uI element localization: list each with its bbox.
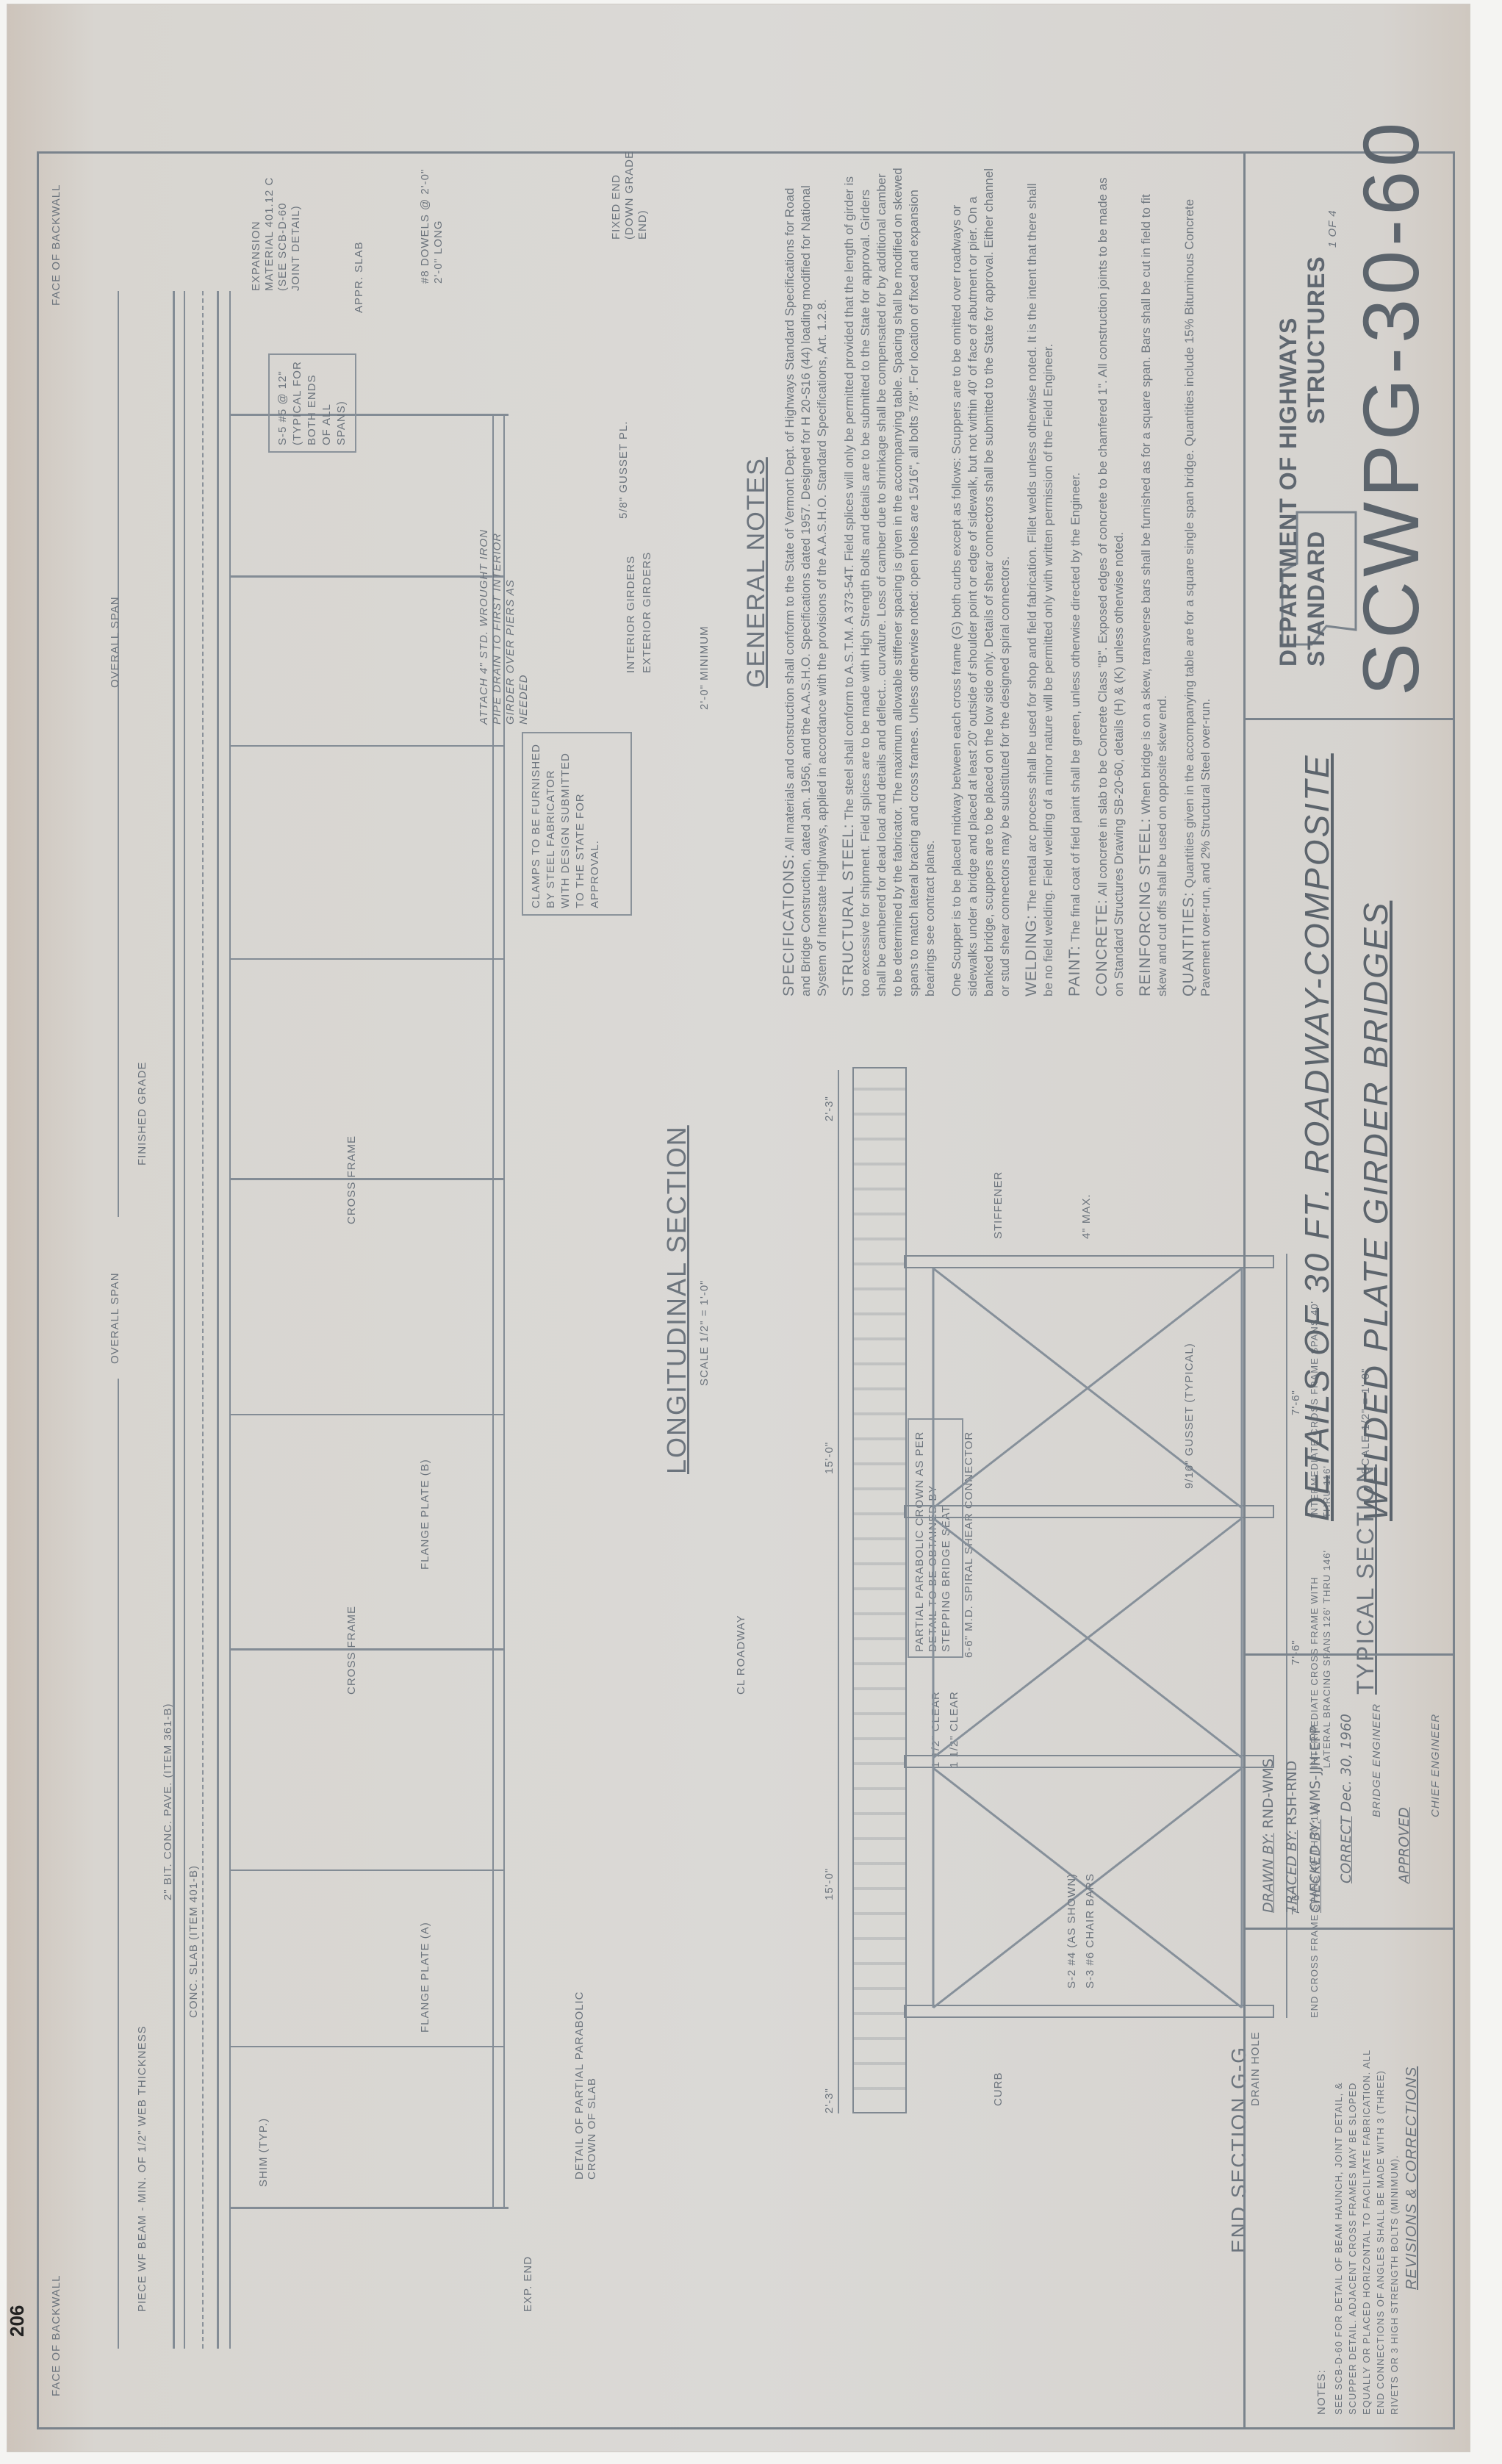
correct-line: CORRECT Dec. 30, 1960 <box>1338 1714 1354 1883</box>
signoff-cell: DRAWN BY: RND-WMS TRACED BY: RSH-RND CHE… <box>1246 1653 1455 1928</box>
note-concrete: CONCRETE: All concrete in slab to be Con… <box>1094 166 1127 996</box>
title-block: REVISIONS & CORRECTIONS DRAWN BY: RND-WM… <box>1243 151 1455 2429</box>
fixed-end-label: FIXED END (DOWN GRADE END) <box>610 129 650 240</box>
page-number-stamp: 206 <box>6 2305 29 2337</box>
appr-slab-label: APPR. SLAB <box>353 241 365 313</box>
exp-end-label: EXP. END <box>522 2256 534 2312</box>
dimension-line <box>118 291 119 1217</box>
cross-frame-label-2: CROSS FRAME <box>345 1135 358 1224</box>
drawn-by-label: DRAWN BY: <box>1260 1833 1276 1913</box>
cross-frame-label-1: CROSS FRAME <box>345 1606 358 1695</box>
half-width-left: 15'-0" <box>823 1868 836 1900</box>
drawing-number: SCWPG-30-60 <box>1345 118 1437 696</box>
stiffener <box>229 2046 503 2047</box>
checked-by-value: WMS-JJH-EFP <box>1307 1725 1323 1815</box>
gusset-typ-label: 9/16" GUSSET (TYPICAL) <box>1183 1343 1196 1489</box>
stiffener-label: STIFFENER <box>992 1171 1005 1239</box>
interior-girders-label: INTERIOR GIRDERS <box>625 556 637 673</box>
deck-top-line <box>173 291 175 2349</box>
revisions-cell: REVISIONS & CORRECTIONS <box>1246 1928 1455 2429</box>
cross-frame-stiffener <box>229 1178 503 1180</box>
note-heading: QUANTITIES: <box>1180 891 1197 996</box>
agency-line-2: STANDARD <box>1303 531 1330 667</box>
agency-line-1: DEPARTMENT OF HIGHWAYS <box>1275 317 1302 667</box>
end-stiffener-left <box>229 2207 509 2209</box>
finished-grade-label: FINISHED GRADE <box>136 1061 148 1165</box>
note-heading: CONCRETE: <box>1093 899 1110 996</box>
note-paint: PAINT: The final coat of field paint sha… <box>1067 166 1084 996</box>
dowels-label: #8 DOWELS @ 2'-0" 2'-0" LONG <box>419 159 445 284</box>
revisions-label: REVISIONS & CORRECTIONS <box>1404 2066 1420 2290</box>
note-specifications: SPECIFICATIONS: All materials and constr… <box>781 166 830 996</box>
stiffener <box>229 1869 503 1871</box>
bars-label-2: S-3 #6 CHAIR BARS <box>1084 1873 1096 1989</box>
piece-wf-beam-label: PIECE WF BEAM - MIN. OF 1/2" WEB THICKNE… <box>136 2025 148 2312</box>
correct-date: Dec. 30, 1960 <box>1338 1714 1354 1811</box>
pavement-line <box>184 291 185 2349</box>
drawing-title-line-2: WELDED PLATE GIRDER BRIDGES <box>1356 901 1395 1521</box>
top-flange-line <box>229 291 231 2349</box>
bars-label-1: S-2 #4 (AS SHOWN) <box>1066 1873 1078 1989</box>
drawn-by: DRAWN BY: RND-WMS <box>1260 1759 1276 1913</box>
general-notes: GENERAL NOTES SPECIFICATIONS: All materi… <box>742 166 1224 996</box>
stiffener <box>229 958 503 960</box>
note-heading: REINFORCING STEEL: <box>1137 818 1154 996</box>
general-notes-title: GENERAL NOTES <box>742 166 771 688</box>
overall-span-dimension-line <box>118 1379 119 2349</box>
expansion-material-label: EXPANSION MATERIAL 401.12 C (SEE SCB-D-6… <box>250 166 303 291</box>
half-width-right: 15'-0" <box>823 1442 836 1474</box>
note-heading: SPECIFICATIONS: <box>780 854 797 996</box>
traced-by-label: TRACED BY: <box>1284 1830 1300 1913</box>
curb-label: CURB <box>992 2072 1005 2106</box>
slab-reinforcement-dash <box>202 291 204 2349</box>
roadway-centerline-label: CL ROADWAY <box>735 1614 747 1695</box>
stiffener <box>229 575 503 578</box>
drawing-title-line-1: DETAILS OF 30 FT. ROADWAY-COMPOSITE <box>1297 753 1337 1521</box>
minimum-label: 2'-0" MINIMUM <box>698 625 711 710</box>
clamps-note-box: CLAMPS TO BE FURNISHED BY STEEL FABRICAT… <box>522 732 632 916</box>
drain-note: ATTACH 4" STD. WROUGHT IRON PIPE DRAIN T… <box>478 526 531 725</box>
note-text: The metal arc process shall be used for … <box>1025 183 1055 996</box>
face-of-backwall-left: FACE OF BACKWALL <box>50 2275 62 2396</box>
overhang-left: 2'-3" <box>823 2088 836 2113</box>
max-4-label: 4" MAX. <box>1080 1193 1093 1239</box>
rotated-drawing: FACE OF BACKWALL FACE OF BACKWALL OVERAL… <box>37 151 1455 2429</box>
face-of-backwall-right: FACE OF BACKWALL <box>50 184 62 306</box>
flange-plate-b-label: FLANGE PLATE (B) <box>419 1459 431 1570</box>
traced-by-value: RSH-RND <box>1284 1761 1300 1825</box>
title-cell: DETAILS OF 30 FT. ROADWAY-COMPOSITE WELD… <box>1246 718 1455 1653</box>
note-text: One Scupper is to be placed midway betwe… <box>949 168 1012 996</box>
stiffener <box>229 1414 503 1415</box>
longitudinal-section-title: LONGITUDINAL SECTION <box>661 1125 692 1474</box>
note-scuppers: One Scupper is to be placed midway betwe… <box>949 166 1013 996</box>
correct-label: CORRECT <box>1338 1816 1354 1883</box>
slab-bottom-line <box>217 291 219 2349</box>
note-text: Quantities given in the accompanying tab… <box>1182 199 1212 996</box>
overhang-right: 2'-3" <box>823 1096 836 1121</box>
sheet-count: 1 of 4 <box>1326 209 1339 248</box>
longitudinal-section-scale: SCALE 1/2" = 1'-0" <box>698 1280 711 1387</box>
gusset-label: 5/8" GUSSET PL. <box>617 421 630 519</box>
stiffener <box>229 745 503 747</box>
overall-span-right: OVERALL SPAN <box>109 596 121 688</box>
note-structural-steel: STRUCTURAL STEEL: The steel shall confor… <box>841 166 938 996</box>
note-text: All concrete in slab to be Concrete Clas… <box>1096 177 1126 996</box>
deck-slab <box>852 1067 907 2113</box>
width-dimension-line <box>838 1070 839 2113</box>
cross-frame-stiffener <box>229 1648 503 1651</box>
approved-line: APPROVED <box>1396 1807 1412 1883</box>
bar-note-box: S-5 #5 @ 12" (TYPICAL FOR BOTH ENDS OF A… <box>268 353 356 453</box>
flange-plate-a-label: FLANGE PLATE (A) <box>419 1922 431 2033</box>
note-heading: WELDING: <box>1023 914 1040 996</box>
drawn-by-value: RND-WMS <box>1260 1759 1276 1828</box>
note-text: The final coat of field paint shall be g… <box>1068 473 1082 942</box>
approved-label: APPROVED <box>1396 1807 1412 1883</box>
note-reinforcing-steel: REINFORCING STEEL: When bridge is on a s… <box>1138 166 1171 996</box>
bridge-engineer-label: BRIDGE ENGINEER <box>1370 1703 1383 1817</box>
note-quantities: QUANTITIES: Quantities given in the acco… <box>1181 166 1214 996</box>
conc-slab-label: CONC. SLAB (ITEM 401-B) <box>187 1865 200 2018</box>
note-heading: PAINT: <box>1066 945 1083 996</box>
detail-crown-label: DETAIL OF PARTIAL PARABOLIC CROWN OF SLA… <box>573 1989 598 2180</box>
overall-span-left: OVERALL SPAN <box>109 1272 121 1364</box>
note-welding: WELDING: The metal arc process shall be … <box>1024 166 1057 996</box>
note-heading: STRUCTURAL STEEL: <box>840 823 857 996</box>
traced-by: TRACED BY: RSH-RND <box>1284 1761 1300 1913</box>
drawing-sheet: FACE OF BACKWALL FACE OF BACKWALL OVERAL… <box>7 4 1470 2452</box>
checked-by-label: CHECKED BY: <box>1307 1820 1323 1913</box>
exterior-girders-label: EXTERIOR GIRDERS <box>641 552 653 673</box>
chief-engineer-label: CHIEF ENGINEER <box>1429 1714 1442 1817</box>
agency-cell: DEPARTMENT OF HIGHWAYS STANDARD STRUCTUR… <box>1246 151 1455 718</box>
shim-label: SHIM (TYP.) <box>257 2118 270 2187</box>
agency-line-3: STRUCTURES <box>1303 256 1330 424</box>
checked-by: CHECKED BY: WMS-JJH-EFP <box>1307 1725 1323 1913</box>
